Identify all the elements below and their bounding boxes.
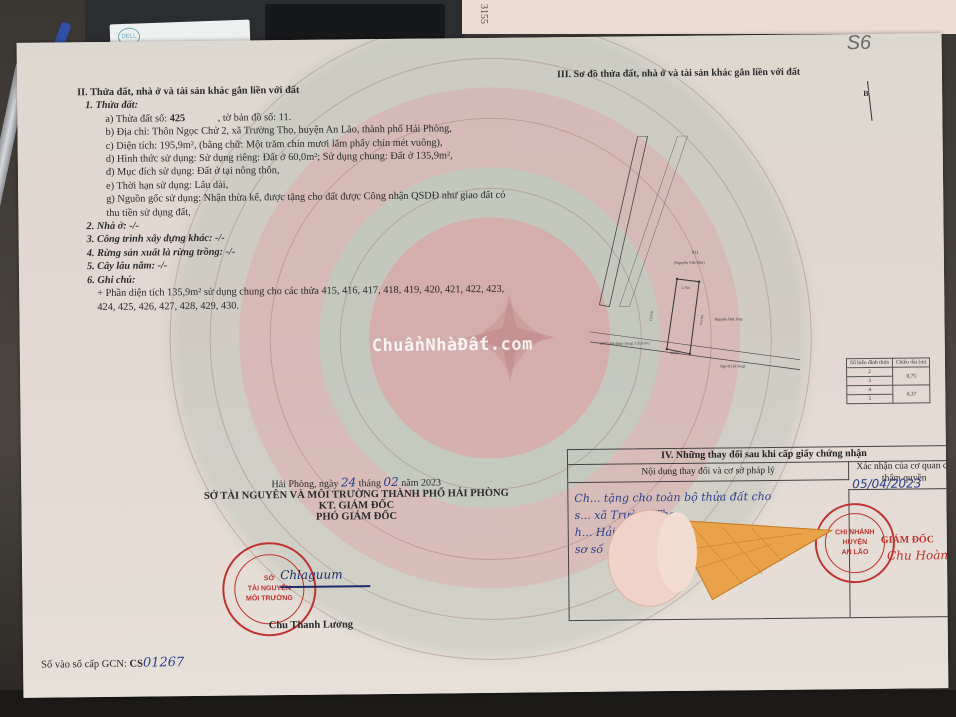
table-header: Chiều dài (m) (892, 358, 930, 367)
svg-text:ONT (Sử dụng chung: 135,9 m²): ONT (Sử dụng chung: 135,9 m²) (600, 341, 651, 347)
issue-day: 24 (341, 475, 356, 489)
item-label: c) Diện tích: (106, 140, 158, 152)
issue-month: 02 (383, 475, 398, 489)
seal-text: MÔI TRƯỜNG (246, 594, 293, 604)
signer-name: Chu Thanh Lương (269, 619, 353, 631)
svg-text:14,19m: 14,19m (699, 314, 706, 326)
table-cell: 0,75 (892, 367, 930, 385)
confirmation-role: GIÁM ĐỐC (881, 534, 934, 546)
item-label: đ) Mục đích sử dụng: (106, 166, 195, 178)
map-sheet: , tờ bản đồ số: 11. (188, 112, 292, 124)
land-certificate: S6 II. Thửa đất, nhà ở và tài sản khác g… (17, 33, 949, 698)
month-label: tháng (359, 478, 381, 489)
seal-text: AN LÃO (842, 548, 869, 558)
registry-label: Số vào sổ cấp GCN: (41, 659, 127, 671)
north-label: B (863, 89, 868, 98)
land-details-section: II. Thửa đất, nhà ở và tài sản khác gắn … (77, 82, 509, 314)
seal-text: HUYỆN (843, 538, 868, 548)
laptop-screen (265, 4, 445, 42)
table-cell: 4 (847, 385, 893, 394)
issuer-signature-block: Hải Phòng, ngày 24 tháng 02 năm 2023 SỞ … (191, 474, 521, 524)
seal-text: SỞ (264, 574, 275, 584)
confirmation-signer: Chu Hoàng (887, 548, 948, 563)
note-text: + Phần diện tích 135,9m² sử dụng chung c… (79, 283, 509, 314)
issue-year: năm 2023 (401, 477, 441, 488)
ice-cream-sticker-icon (601, 488, 842, 621)
parcel-number: 425 (170, 113, 186, 124)
other-document-number: 3155 (478, 4, 489, 24)
svg-text:(Nguyễn Văn Dậu): (Nguyễn Văn Dậu) (674, 260, 705, 265)
table-cell: 2 (847, 367, 893, 376)
duration-value: Lâu dài, (194, 179, 228, 190)
table-cell: 3 (847, 376, 893, 385)
registry-number: Số vào sổ cấp GCN: CS01267 (41, 655, 184, 671)
registry-value: 01267 (143, 655, 185, 670)
watermark: ChuẩnNhàĐất.com (372, 334, 533, 356)
svg-text:3,75m: 3,75m (681, 286, 690, 291)
item-label: d) Hình thức sử dụng: (106, 153, 197, 165)
handwritten-page-note: S6 (847, 33, 872, 55)
item-label: g) Nguồn gốc sử dụng: (106, 193, 201, 205)
item-label: b) Địa chỉ: (105, 127, 149, 138)
changes-column-content: Nội dung thay đổi và cơ sở pháp lý (568, 461, 849, 483)
table-header: Số hiệu đỉnh thửa (846, 358, 892, 367)
map-label-north: 811 (692, 250, 699, 255)
confirmation-date: 05/04/2023 (852, 476, 921, 491)
parcel-diagram: 811 (Nguyễn Văn Dậu) Nguyễn Đức Huy ONT … (588, 135, 811, 387)
address-value: Thôn Ngọc Chử 2, xã Trường Thọ, huyện An… (152, 124, 452, 138)
date-prefix: Hải Phòng, ngày (271, 479, 338, 491)
table-cell: 5 (847, 394, 893, 403)
other-document: 3155 (462, 0, 956, 34)
svg-text:Nguyễn Đức Huy: Nguyễn Đức Huy (715, 316, 743, 321)
item-label: e) Thời hạn sử dụng: (106, 180, 192, 192)
table-cell: 0,37 (893, 385, 931, 403)
purpose-value: Đất ở tại nông thôn, (197, 166, 280, 178)
item-label: a) Thửa đất số: (105, 113, 167, 125)
svg-text:15,97m: 15,97m (649, 310, 656, 322)
svg-text:4,02m: 4,02m (670, 351, 679, 356)
usage-form-value: Sử dụng riêng: Đất ở 60,0m²; Sử dụng chu… (199, 150, 453, 164)
handwritten-signature: Chlaguum (280, 567, 370, 588)
svg-text:Ngõ đi (bê tông): Ngõ đi (bê tông) (720, 364, 746, 368)
coordinate-table: Số hiệu đỉnh thửaChiều dài (m) 20,75 3 4… (846, 357, 931, 404)
registry-prefix: CS (129, 659, 143, 670)
